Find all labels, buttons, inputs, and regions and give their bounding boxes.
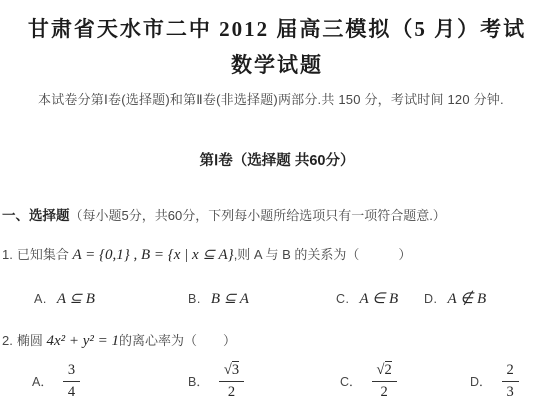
- option-d-label: D.: [424, 292, 438, 306]
- radicand: 3: [232, 361, 239, 378]
- fraction-numerator: 2: [502, 361, 519, 382]
- radicand: 2: [385, 361, 392, 378]
- question-1-option-d: D.A ∉ B: [424, 289, 486, 308]
- section-1-heading: 第Ⅰ卷（选择题 共60分）: [0, 149, 554, 170]
- exam-title: 甘肃省天水市二中 2012 届高三模拟（5 月）考试: [0, 13, 554, 43]
- fraction-three-fourths: 34: [63, 361, 80, 402]
- question-1-math: A = {0,1} , B = {x | x ⊆ A}: [72, 247, 233, 263]
- option-b-label: B.: [188, 292, 201, 306]
- option-a-math: A ⊆ B: [57, 291, 95, 307]
- fraction-numerator: √2: [372, 361, 397, 382]
- question-1-number: 1.: [2, 247, 13, 262]
- question-1-option-c: C.A ∈ B: [336, 289, 398, 308]
- question-1-options: A.A ⊆ B B.B ⊆ A C.A ∈ B D.A ∉ B: [0, 289, 554, 315]
- exam-paper-page: 甘肃省天水市二中 2012 届高三模拟（5 月）考试 数学试题 本试卷分第Ⅰ卷(…: [0, 0, 554, 416]
- radical-symbol: √: [224, 362, 232, 378]
- fraction-denominator: 2: [228, 382, 235, 402]
- fraction-two-thirds: 23: [502, 361, 519, 402]
- fraction-sqrt3-over-2: √32: [219, 361, 244, 402]
- question-2-option-b: B． √32: [188, 361, 244, 402]
- option-a-label: A．: [32, 372, 53, 390]
- question-2-text-prefix: 椭圆: [17, 333, 43, 348]
- option-c-label: C.: [336, 292, 350, 306]
- option-c-math: A ∈ B: [360, 291, 399, 307]
- fraction-sqrt2-over-2: √22: [372, 361, 397, 402]
- question-1-option-a: A.A ⊆ B: [34, 289, 95, 308]
- question-1-stem: 1.已知集合 A = {0,1} , B = {x | x ⊆ A},则 A 与…: [2, 244, 411, 264]
- exam-intro-text: 本试卷分第Ⅰ卷(选择题)和第Ⅱ卷(非选择题)两部分.共 150 分，考试时间 1…: [38, 89, 548, 108]
- section-1-instruction: 一、选择题（每小题5分，共60分，下列每小题所给选项只有一项符合题意.）: [2, 204, 446, 224]
- question-1-option-b: B.B ⊆ A: [188, 289, 249, 308]
- question-1-text-prefix: 已知集合: [17, 247, 69, 262]
- fraction-denominator: 3: [507, 382, 514, 402]
- fraction-denominator: 2: [381, 382, 388, 402]
- fraction-denominator: 4: [68, 382, 75, 402]
- option-c-label: C．: [340, 372, 362, 390]
- question-2-option-d: D． 23: [470, 361, 519, 402]
- question-1-text-suffix: ,则 A 与 B 的关系为（ ）: [234, 247, 412, 262]
- question-2-text-suffix: 的离心率为（ ）: [119, 333, 236, 348]
- instruction-detail: （每小题5分，共60分，下列每小题所给选项只有一项符合题意.）: [70, 208, 446, 223]
- radical-symbol: √: [377, 362, 385, 378]
- option-d-math: A ∉ B: [448, 291, 487, 307]
- option-d-label: D．: [470, 372, 492, 390]
- question-2-options: A． 34 B． √32 C． √22 D． 23: [0, 361, 554, 416]
- instruction-label: 一、选择题: [2, 208, 70, 223]
- option-b-math: B ⊆ A: [211, 291, 249, 307]
- exam-subtitle: 数学试题: [0, 49, 554, 79]
- question-2-option-a: A． 34: [32, 361, 80, 402]
- fraction-numerator: √3: [219, 361, 244, 382]
- fraction-numerator: 3: [63, 361, 80, 382]
- question-2-math: 4x² + y² = 1: [46, 333, 119, 349]
- question-2-number: 2.: [2, 333, 13, 348]
- option-a-label: A.: [34, 292, 47, 306]
- question-2-option-c: C． √22: [340, 361, 397, 402]
- option-b-label: B．: [188, 372, 209, 390]
- question-2-stem: 2.椭圆 4x² + y² = 1的离心率为（ ）: [2, 330, 236, 350]
